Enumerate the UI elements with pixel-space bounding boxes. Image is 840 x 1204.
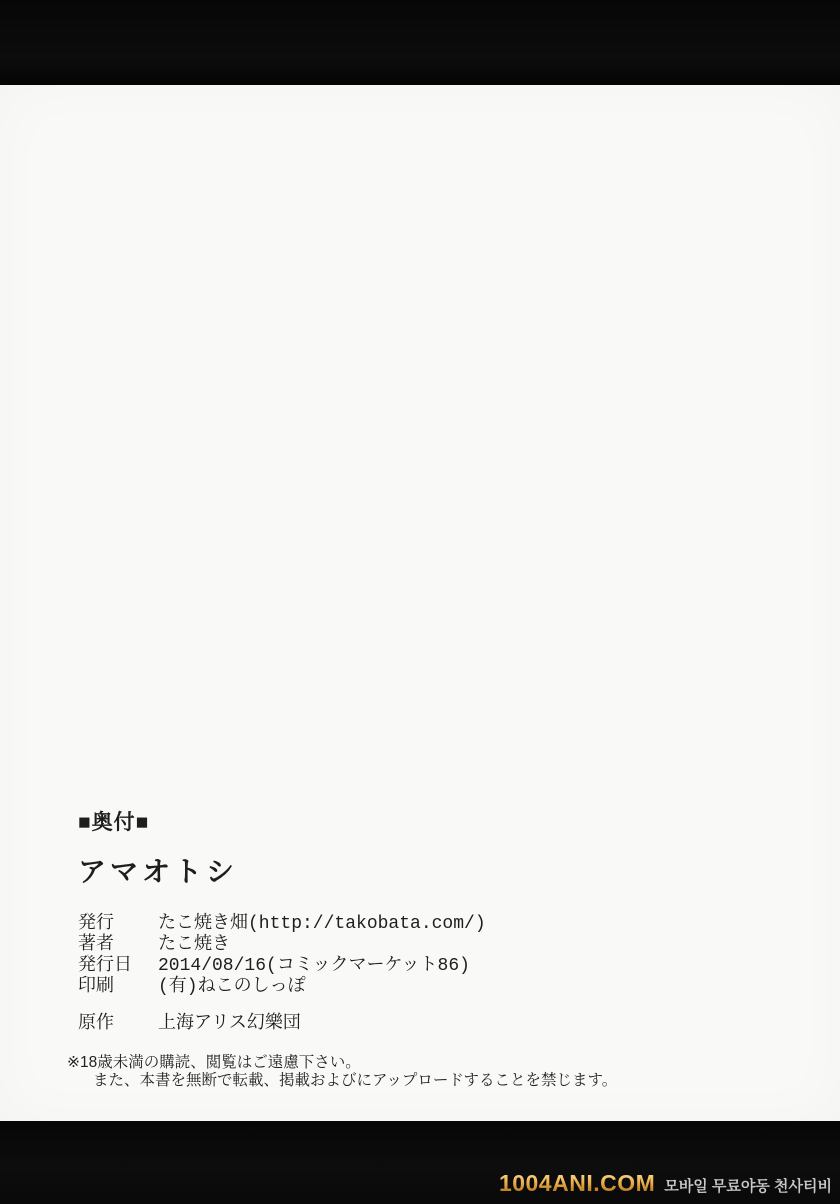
info-label: 原作 <box>78 1014 158 1035</box>
info-label: 著者 <box>78 935 158 956</box>
info-row-author: 著者 たこ焼き <box>78 935 617 956</box>
no-reupload-notice: また、本書を無断で転載、掲載およびにアップロードすることを禁じます。 <box>67 1072 617 1090</box>
info-label: 発行日 <box>78 956 158 977</box>
bottom-scan-bar: 1004ANI.COM 모바일 무료야동 천사티비 <box>0 1121 840 1204</box>
info-value: (有)ねこのしっぽ <box>158 977 306 998</box>
book-title: アマオトシ <box>78 858 617 888</box>
info-value: たこ焼き <box>158 935 230 956</box>
info-row-original-work: 原作 上海アリス幻樂団 <box>78 1014 617 1035</box>
info-value: たこ焼き畑(http://takobata.com/) <box>158 914 486 935</box>
info-value: 2014/08/16(コミックマーケット86) <box>158 956 470 977</box>
paper-page: ■奥付■ アマオトシ 発行 たこ焼き畑(http://takobata.com/… <box>0 85 840 1121</box>
info-row-printer: 印刷 (有)ねこのしっぽ <box>78 977 617 998</box>
age-restriction-notice: ※18歳未満の購読、閲覧はご遠慮下さい。 <box>67 1054 617 1072</box>
site-watermark: 1004ANI.COM 모바일 무료야동 천사티비 <box>499 1170 832 1197</box>
publication-info: 発行 たこ焼き畑(http://takobata.com/) 著者 たこ焼き 発… <box>78 914 617 998</box>
scanned-page: { "page": { "section_header": "■奥付■", "t… <box>0 0 840 1204</box>
info-label: 発行 <box>78 914 158 935</box>
watermark-tagline: 모바일 무료야동 천사티비 <box>664 1175 832 1196</box>
colophon-block: ■奥付■ アマオトシ 発行 たこ焼き畑(http://takobata.com/… <box>78 810 617 1089</box>
info-value: 上海アリス幻樂団 <box>158 1014 301 1035</box>
info-row-publish-date: 発行日 2014/08/16(コミックマーケット86) <box>78 956 617 977</box>
top-scan-bar <box>0 0 840 85</box>
info-row-publisher: 発行 たこ焼き畑(http://takobata.com/) <box>78 914 617 935</box>
info-label: 印刷 <box>78 977 158 998</box>
legal-notices: ※18歳未満の購読、閲覧はご遠慮下さい。 また、本書を無断で転載、掲載およびにア… <box>67 1054 617 1089</box>
colophon-section-header: ■奥付■ <box>78 810 617 834</box>
watermark-site-name: 1004ANI.COM <box>499 1170 655 1197</box>
